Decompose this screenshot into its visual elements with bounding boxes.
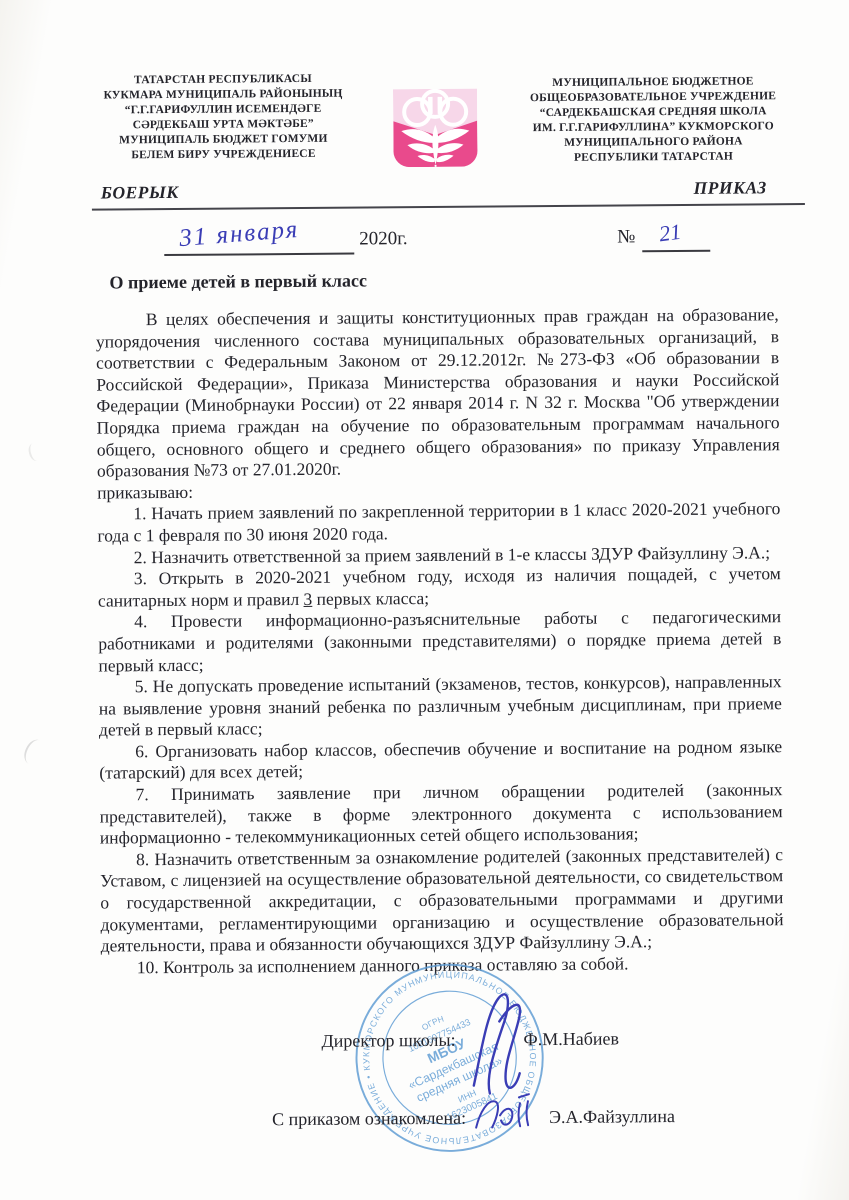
header-divider bbox=[92, 203, 805, 211]
acknowledgement-name: Э.А.Файзуллина bbox=[549, 1106, 675, 1128]
order-item-6: 6. Организовать набор классов, обеспечив… bbox=[99, 736, 782, 785]
order-item-3: 3. Открыть в 2020-2021 учебном году, исх… bbox=[98, 563, 781, 612]
year-suffix: 2020г. bbox=[359, 228, 408, 250]
order-word-tatar: БОЕРЫК bbox=[101, 182, 179, 204]
scanned-order-page: ТАТАРСТАН РЕСПУБЛИКАСЫ КУКМАРА МУНИЦИПАЛ… bbox=[0, 0, 849, 1200]
order-item-7: 7. Принимать заявление при личном обраще… bbox=[99, 779, 782, 849]
order-word-russian: ПРИКАЗ bbox=[694, 177, 767, 199]
order-item-8: 8. Назначить ответственным за ознакомлен… bbox=[100, 844, 784, 957]
director-label: Директор школы: bbox=[321, 1030, 455, 1052]
order-item-1: 1. Начать прием заявлений по закрепленно… bbox=[97, 499, 780, 548]
org-line: МУНИЦИПАЛЬ БЮДЖЕТ ГОМУМИ bbox=[78, 131, 368, 148]
district-emblem-icon bbox=[387, 81, 484, 181]
org-line: ИМ. Г.Г.ГАРИФУЛЛИНА” КУКМОРСКОГО bbox=[493, 119, 813, 137]
item-3-pre: 3. Открыть в 2020-2021 учебном году, исх… bbox=[98, 563, 781, 610]
handwritten-order-number: 21 bbox=[658, 219, 683, 248]
order-item-4: 4. Провести информационно-разъяснительны… bbox=[98, 607, 781, 677]
org-name-tatar: ТАТАРСТАН РЕСПУБЛИКАСЫ КУКМАРА МУНИЦИПАЛ… bbox=[78, 71, 369, 163]
order-item-5: 5. Не допускать проведение испытаний (эк… bbox=[99, 671, 782, 741]
acknowledgement-label: С приказом ознакомлена: bbox=[272, 1108, 466, 1131]
scan-artifact bbox=[27, 442, 43, 462]
org-line: КУКМАРА МУНИЦИПАЛЬ РАЙОНЫНЫҢ bbox=[78, 86, 368, 103]
director-name: Ф.М.Набиев bbox=[523, 1028, 619, 1050]
intro-paragraph: В целях обеспечения и защиты конституцио… bbox=[96, 304, 780, 482]
org-line: БЕЛЕМ БИРУ УЧРЕЖДЕНИЕСЕ bbox=[78, 146, 368, 163]
acknowledgement-signature bbox=[472, 1089, 544, 1136]
org-line: РЕСПУБЛИКИ ТАТАРСТАН bbox=[493, 149, 813, 167]
order-type-row: БОЕРЫК ПРИКАЗ bbox=[101, 177, 767, 203]
number-sign: № bbox=[617, 226, 635, 248]
org-name-russian: МУНИЦИПАЛЬНОЕ БЮДЖЕТНОЕ ОБЩЕОБРАЗОВАТЕЛЬ… bbox=[493, 74, 814, 167]
item-3-post: первых класса; bbox=[312, 588, 429, 609]
scan-artifact bbox=[20, 736, 47, 767]
document-body: В целях обеспечения и защиты конституцио… bbox=[96, 304, 784, 979]
document-content: ТАТАРСТАН РЕСПУБЛИКАСЫ КУКМАРА МУНИЦИПАЛ… bbox=[0, 0, 849, 1200]
document-title: О приеме детей в первый класс bbox=[109, 270, 367, 293]
